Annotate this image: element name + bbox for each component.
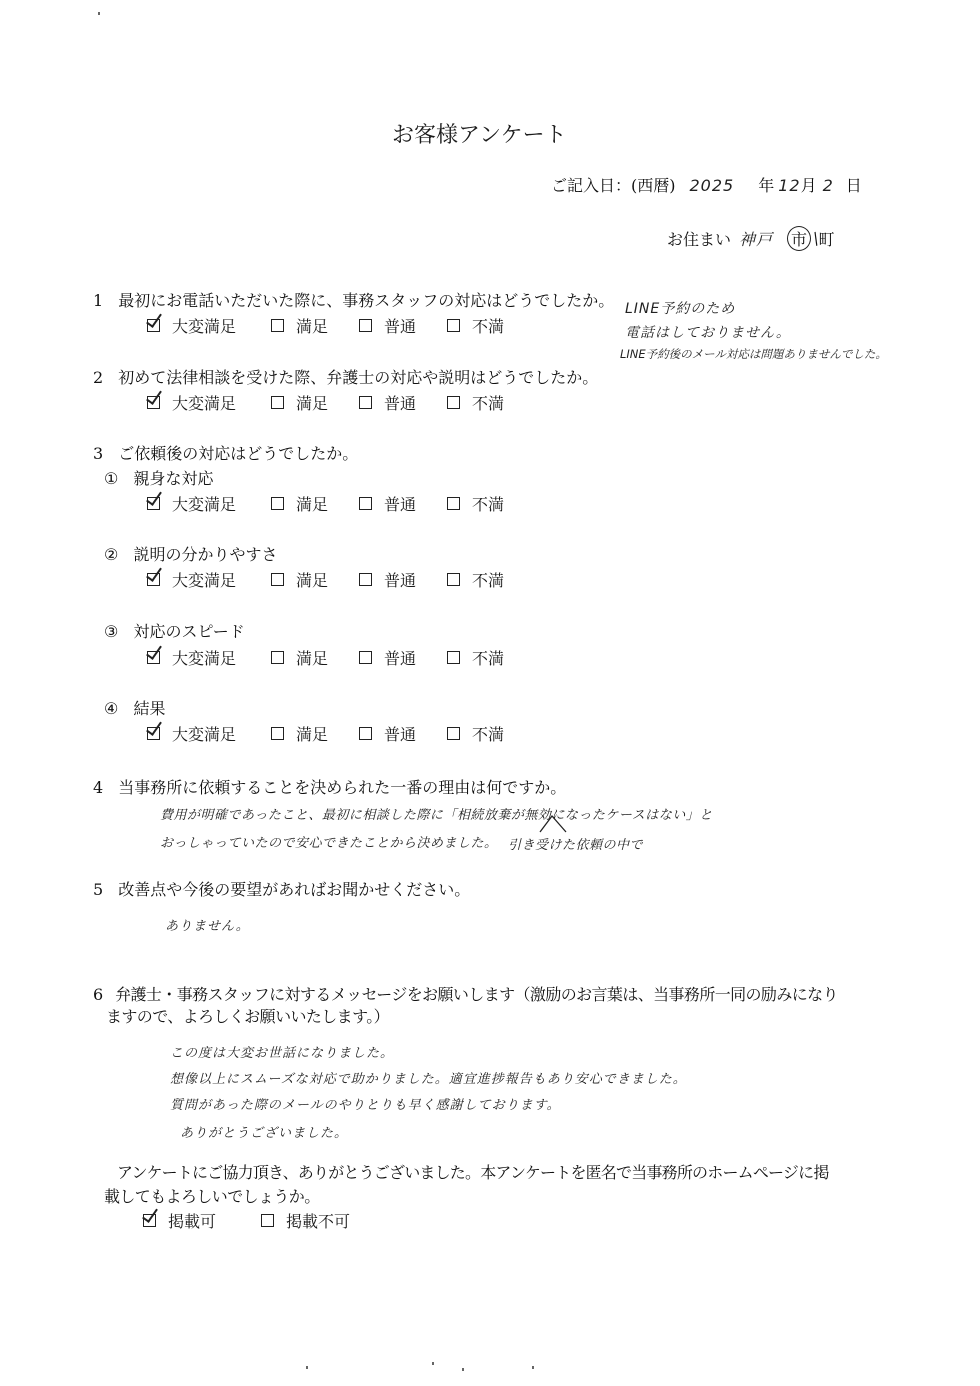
option-satisfied[interactable]: 満足	[271, 492, 359, 515]
sub-marker: ④	[104, 699, 118, 718]
option-average[interactable]: 普通	[359, 391, 447, 414]
checkbox-checked[interactable]	[147, 651, 160, 664]
checkbox[interactable]	[271, 573, 284, 586]
option-very-satisfied[interactable]: 大変満足	[147, 314, 271, 337]
checkbox-checked[interactable]	[143, 1214, 156, 1227]
checkbox-checked[interactable]	[147, 396, 160, 409]
entry-date: ご記入日：(西暦) 2025 年 12 月 2 日	[551, 173, 862, 196]
question-3: 3 ご依頼後の対応はどうでしたか。	[93, 441, 358, 464]
option-very-satisfied[interactable]: 大変満足	[147, 568, 271, 591]
sub-text: 対応のスピード	[133, 622, 244, 641]
question-text: 改善点や今後の要望があればお聞かせください。	[118, 880, 470, 899]
checkbox[interactable]	[447, 497, 460, 510]
option-dissatisfied[interactable]: 不満	[447, 314, 504, 337]
question-number: 3	[93, 444, 103, 463]
scan-speck	[432, 1362, 434, 1365]
q3-2-rating-options: 大変満足 満足 普通 不満	[147, 568, 504, 591]
option-average[interactable]: 普通	[359, 568, 447, 591]
checkbox-checked[interactable]	[147, 319, 160, 332]
closing-line-1: アンケートにご協力頂き、ありがとうございました。本アンケートを匿名で当事務所のホ…	[117, 1160, 829, 1183]
question-number: 5	[93, 880, 103, 899]
option-publish-ok[interactable]: 掲載可	[143, 1209, 261, 1232]
checkbox[interactable]	[447, 396, 460, 409]
checkbox-checked[interactable]	[147, 497, 160, 510]
option-satisfied[interactable]: 満足	[271, 646, 359, 669]
checkbox[interactable]	[447, 727, 460, 740]
option-satisfied[interactable]: 満足	[271, 314, 359, 337]
question-text: 最初にお電話いただいた際に、事務スタッフの対応はどうでしたか。	[118, 291, 614, 310]
question-4: 4 当事務所に依頼することを決められた一番の理由は何ですか。	[93, 775, 566, 798]
checkbox[interactable]	[447, 651, 460, 664]
question-5: 5 改善点や今後の要望があればお聞かせください。	[93, 877, 470, 900]
option-very-satisfied[interactable]: 大変満足	[147, 391, 271, 414]
option-dissatisfied[interactable]: 不満	[447, 391, 504, 414]
address-city-circled[interactable]: 市	[787, 226, 811, 251]
checkbox[interactable]	[359, 396, 372, 409]
q2-rating-options: 大変満足 満足 普通 不満	[147, 391, 504, 414]
checkbox[interactable]	[261, 1214, 274, 1227]
date-day[interactable]: 2	[823, 176, 834, 195]
question-number: 1	[93, 291, 103, 310]
address-label: お住まい	[667, 227, 731, 250]
question-text: 当事務所に依頼することを決められた一番の理由は何ですか。	[118, 778, 566, 797]
date-month-unit: 月	[801, 173, 817, 196]
address-value[interactable]: 神戸	[739, 227, 773, 250]
scan-speck	[98, 12, 100, 15]
question-number: 6	[93, 985, 103, 1004]
question-text-line-2: ますので、よろしくお願いいたします。）	[106, 1004, 389, 1027]
option-dissatisfied[interactable]: 不満	[447, 568, 504, 591]
checkbox[interactable]	[359, 651, 372, 664]
question-text: ご依頼後の対応はどうでしたか。	[118, 444, 358, 463]
checkbox[interactable]	[271, 651, 284, 664]
question-6: 6 弁護士・事務スタッフに対するメッセージをお願いします（激励のお言葉は、当事務…	[93, 982, 838, 1005]
checkbox[interactable]	[359, 497, 372, 510]
checkbox[interactable]	[271, 319, 284, 332]
checkbox-checked[interactable]	[147, 573, 160, 586]
q6-answer-line-3: 質問があった際のメールのやりとりも早く感謝しております。	[170, 1094, 561, 1113]
checkbox[interactable]	[447, 573, 460, 586]
option-average[interactable]: 普通	[359, 646, 447, 669]
q3-4-rating-options: 大変満足 満足 普通 不満	[147, 722, 504, 745]
q4-answer-line-1: 費用が明確であったこと、最初に相談した際に「相続放棄が無効になったケースはない」…	[160, 804, 713, 823]
q1-note-line-3: LINE予約後のメール対応は問題ありませんでした。	[620, 346, 887, 362]
q5-answer: ありません。	[165, 915, 250, 934]
q1-note-line-1: LINE予約のため	[625, 298, 735, 318]
checkbox[interactable]	[271, 727, 284, 740]
scan-speck	[532, 1366, 534, 1369]
date-day-unit: 日	[846, 173, 862, 196]
question-number: 2	[93, 368, 103, 387]
sub-marker: ②	[104, 545, 118, 564]
closing-line-2: 載してもよろしいでしょうか。	[104, 1184, 320, 1207]
q3-sub-3: ③ 対応のスピード	[104, 619, 245, 642]
option-average[interactable]: 普通	[359, 314, 447, 337]
question-2: 2 初めて法律相談を受けた際、弁護士の対応や説明はどうでしたか。	[93, 365, 598, 388]
question-number: 4	[93, 778, 103, 797]
option-dissatisfied[interactable]: 不満	[447, 646, 504, 669]
question-1: 1 最初にお電話いただいた際に、事務スタッフの対応はどうでしたか。	[93, 288, 614, 311]
checkbox[interactable]	[359, 573, 372, 586]
checkbox-checked[interactable]	[147, 727, 160, 740]
insert-caret-icon	[538, 812, 568, 834]
q1-rating-options: 大変満足 満足 普通 不満	[147, 314, 504, 337]
q1-note-line-2: 電話はしておりません。	[625, 322, 791, 342]
option-very-satisfied[interactable]: 大変満足	[147, 722, 271, 745]
checkbox[interactable]	[359, 727, 372, 740]
date-month[interactable]: 12	[778, 176, 800, 195]
option-average[interactable]: 普通	[359, 722, 447, 745]
date-year-unit: 年	[758, 173, 774, 196]
option-satisfied[interactable]: 満足	[271, 391, 359, 414]
checkbox[interactable]	[359, 319, 372, 332]
q3-3-rating-options: 大変満足 満足 普通 不満	[147, 646, 504, 669]
q3-1-rating-options: 大変満足 満足 普通 不満	[147, 492, 504, 515]
checkbox[interactable]	[447, 319, 460, 332]
question-text: 初めて法律相談を受けた際、弁護士の対応や説明はどうでしたか。	[118, 368, 598, 387]
date-label: ご記入日：(西暦)	[551, 173, 676, 196]
option-dissatisfied[interactable]: 不満	[447, 722, 504, 745]
option-dissatisfied[interactable]: 不満	[447, 492, 504, 515]
sub-text: 説明の分かりやすさ	[133, 545, 277, 564]
option-publish-ng[interactable]: 掲載不可	[261, 1209, 350, 1232]
page-title: お客様アンケート	[392, 118, 567, 149]
sub-marker: ①	[104, 469, 118, 488]
option-satisfied[interactable]: 満足	[271, 722, 359, 745]
option-average[interactable]: 普通	[359, 492, 447, 515]
publish-options: 掲載可 掲載不可	[143, 1209, 350, 1232]
scan-speck	[462, 1368, 464, 1371]
checkbox[interactable]	[271, 497, 284, 510]
q6-answer-line-2: 想像以上にスムーズな対応で助かりました。適宜進捗報告もあり安心できました。	[170, 1068, 687, 1087]
scan-speck	[306, 1366, 308, 1369]
q3-sub-2: ② 説明の分かりやすさ	[104, 542, 277, 565]
q6-answer-line-1: この度は大変お世話になりました。	[170, 1042, 394, 1061]
q6-answer-line-4: ありがとうございました。	[180, 1122, 348, 1141]
question-text-line-1: 弁護士・事務スタッフに対するメッセージをお願いします（激励のお言葉は、当事務所一…	[115, 985, 838, 1004]
option-satisfied[interactable]: 満足	[271, 568, 359, 591]
checkbox[interactable]	[271, 396, 284, 409]
option-very-satisfied[interactable]: 大変満足	[147, 492, 271, 515]
date-year[interactable]: 2025	[690, 176, 735, 195]
sub-marker: ③	[104, 622, 118, 641]
q4-answer-line-2: おっしゃっていたので安心できたことから決めました。	[160, 832, 498, 851]
address: お住まい 神戸 市 / 町	[667, 226, 834, 251]
q3-sub-1: ① 親身な対応	[104, 466, 213, 489]
q3-sub-4: ④ 結果	[104, 696, 165, 719]
sub-text: 結果	[133, 699, 165, 718]
sub-text: 親身な対応	[133, 469, 213, 488]
option-very-satisfied[interactable]: 大変満足	[147, 646, 271, 669]
q4-answer-insert: 引き受けた依頼の中で	[508, 834, 643, 853]
